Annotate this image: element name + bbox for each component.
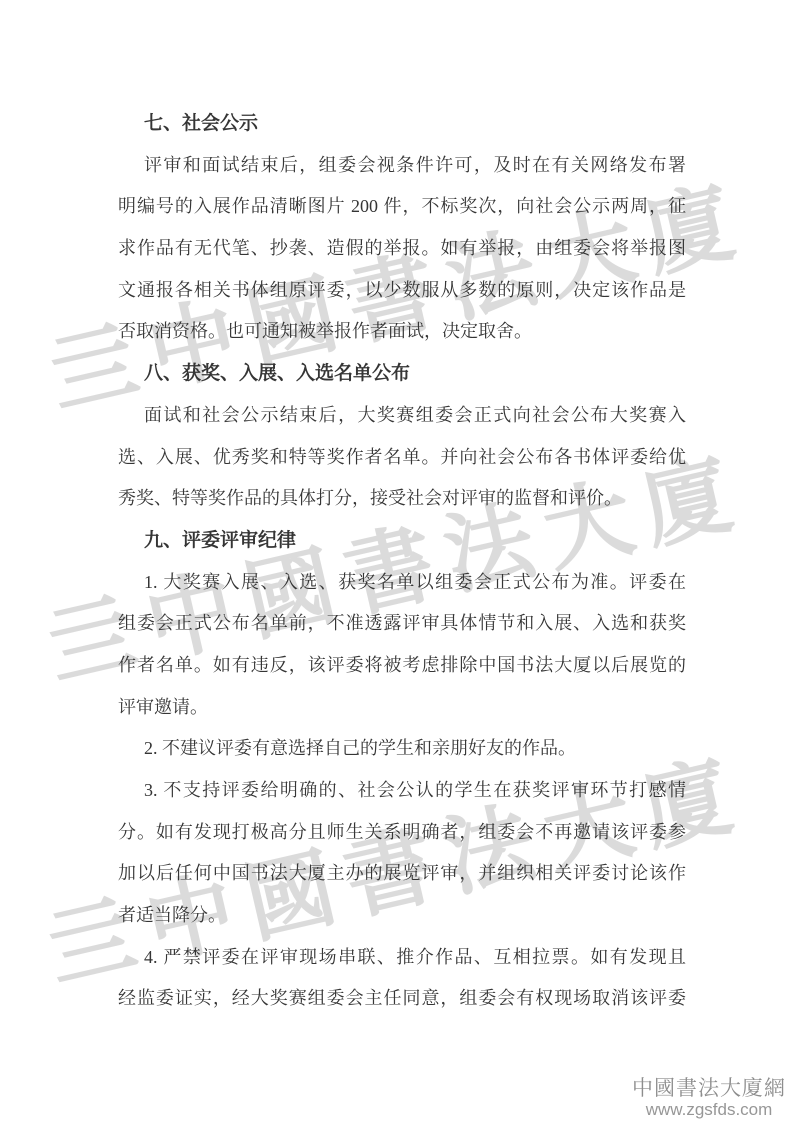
text-line: 者适当降分。 bbox=[118, 895, 686, 937]
document-page: 亖中國書法大廈 亖中國書法大廈 亖中國書法大廈 七、社会公示评审和面试结束后，组… bbox=[0, 0, 800, 1131]
site-logo-title: 中國書法大廈網 bbox=[632, 1076, 786, 1100]
section-heading: 八、获奖、入展、入选名单公布 bbox=[118, 353, 686, 395]
text-line: 作者名单。如有违反，该评委将被考虑排除中国书法大厦以后展览的 bbox=[118, 645, 686, 687]
text-line: 求作品有无代笔、抄袭、造假的举报。如有举报，由组委会将举报图 bbox=[118, 228, 686, 270]
section-heading: 七、社会公示 bbox=[118, 103, 686, 145]
document-content: 七、社会公示评审和面试结束后，组委会视条件许可，及时在有关网络发布署明编号的入展… bbox=[118, 103, 686, 1020]
text-line: 4. 严禁评委在评审现场串联、推介作品、互相拉票。如有发现且 bbox=[118, 937, 686, 979]
text-line: 否取消资格。也可通知被举报作者面试，决定取舍。 bbox=[118, 311, 686, 353]
site-logo: 中國書法大廈網 www.zgsfds.com bbox=[632, 1076, 786, 1119]
text-line: 2. 不建议评委有意选择自己的学生和亲朋好友的作品。 bbox=[118, 728, 686, 770]
section-heading: 九、评委评审纪律 bbox=[118, 520, 686, 562]
text-line: 秀奖、特等奖作品的具体打分，接受社会对评审的监督和评价。 bbox=[118, 478, 686, 520]
site-logo-url: www.zgsfds.com bbox=[632, 1100, 786, 1119]
text-line: 经监委证实，经大奖赛组委会主任同意，组委会有权现场取消该评委 bbox=[118, 978, 686, 1020]
text-line: 选、入展、优秀奖和特等奖作者名单。并向社会公布各书体评委给优 bbox=[118, 437, 686, 479]
text-line: 3. 不支持评委给明确的、社会公认的学生在获奖评审环节打感情 bbox=[118, 770, 686, 812]
text-line: 组委会正式公布名单前，不准透露评审具体情节和入展、入选和获奖 bbox=[118, 603, 686, 645]
text-line: 分。如有发现打极高分且师生关系明确者，组委会不再邀请该评委参 bbox=[118, 812, 686, 854]
text-line: 加以后任何中国书法大厦主办的展览评审，并组织相关评委讨论该作 bbox=[118, 853, 686, 895]
text-line: 评审和面试结束后，组委会视条件许可，及时在有关网络发布署 bbox=[118, 145, 686, 187]
text-line: 文通报各相关书体组原评委，以少数服从多数的原则，决定该作品是 bbox=[118, 270, 686, 312]
text-line: 评审邀请。 bbox=[118, 687, 686, 729]
text-line: 明编号的入展作品清晰图片 200 件，不标奖次，向社会公示两周，征 bbox=[118, 186, 686, 228]
text-line: 1. 大奖赛入展、入选、获奖名单以组委会正式公布为准。评委在 bbox=[118, 562, 686, 604]
text-line: 面试和社会公示结束后，大奖赛组委会正式向社会公布大奖赛入 bbox=[118, 395, 686, 437]
